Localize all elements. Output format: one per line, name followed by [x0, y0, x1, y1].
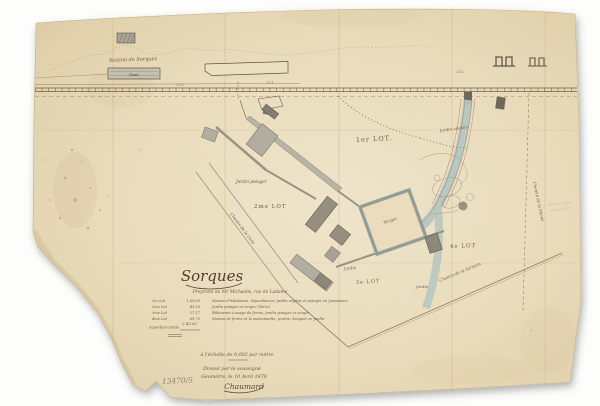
plan-subtitle: Propriété de Mr Michaelis, rue de Ladame: [192, 290, 288, 295]
jardin-a-label: Jardin: [343, 265, 357, 271]
jardin-potager-label: Jardin potager: [235, 179, 268, 184]
attribution-line1: Dressé par le soussigné: [202, 365, 261, 372]
svg-text:3me Lot: 3me Lot: [152, 311, 168, 315]
svg-text:27.17: 27.17: [189, 311, 201, 315]
lot4-label: 4e LOT: [450, 243, 477, 250]
svg-text:Jardin potager et verger (Terr: Jardin potager et verger (Terre): [211, 305, 271, 309]
lot2-label: 2me LOT: [254, 204, 287, 210]
rail-number-150: 150: [176, 82, 184, 87]
svg-text:2me Lot: 2me Lot: [151, 305, 168, 309]
jardin-b-label: Jardin: [415, 284, 429, 289]
legend-total-value: 2.43.82: [181, 321, 198, 326]
svg-text:Bâtiments à usage de ferme, ja: Bâtiments à usage de ferme, jardin potag…: [211, 311, 310, 315]
signal-box: [117, 33, 135, 43]
gare-label: Gare: [129, 72, 139, 77]
plan-document: Station de Sorques Gare 150 151 152 1er …: [0, 0, 600, 406]
scanned-plan-page: Station de Sorques Gare 150 151 152 1er …: [0, 0, 600, 406]
scale-note: à l'échelle de 0,002 par mètre: [200, 351, 273, 358]
svg-text:1.05.65: 1.05.65: [186, 299, 200, 303]
svg-text:Maison d'habitation, dépendanc: Maison d'habitation, dépendances, jardin…: [211, 299, 348, 303]
rail-number-151: 151: [266, 80, 274, 85]
rail-number-152: 152: [456, 69, 464, 74]
plan-title: Sorques: [181, 267, 244, 285]
svg-text:41.30: 41.30: [189, 305, 201, 309]
svg-text:1er Lot: 1er Lot: [152, 299, 166, 303]
svg-text:Maison de ferme et la maisonne: Maison de ferme et la maisonnette, prair…: [211, 317, 325, 321]
archive-number: 13470/5: [162, 375, 194, 386]
platform-outline: [205, 62, 288, 76]
svg-text:4me Lot: 4me Lot: [151, 317, 168, 321]
attribution-line2: Géomètre, le 10 Avril 1878: [201, 373, 267, 380]
legend-total-label: Superficie totale: [149, 326, 179, 330]
